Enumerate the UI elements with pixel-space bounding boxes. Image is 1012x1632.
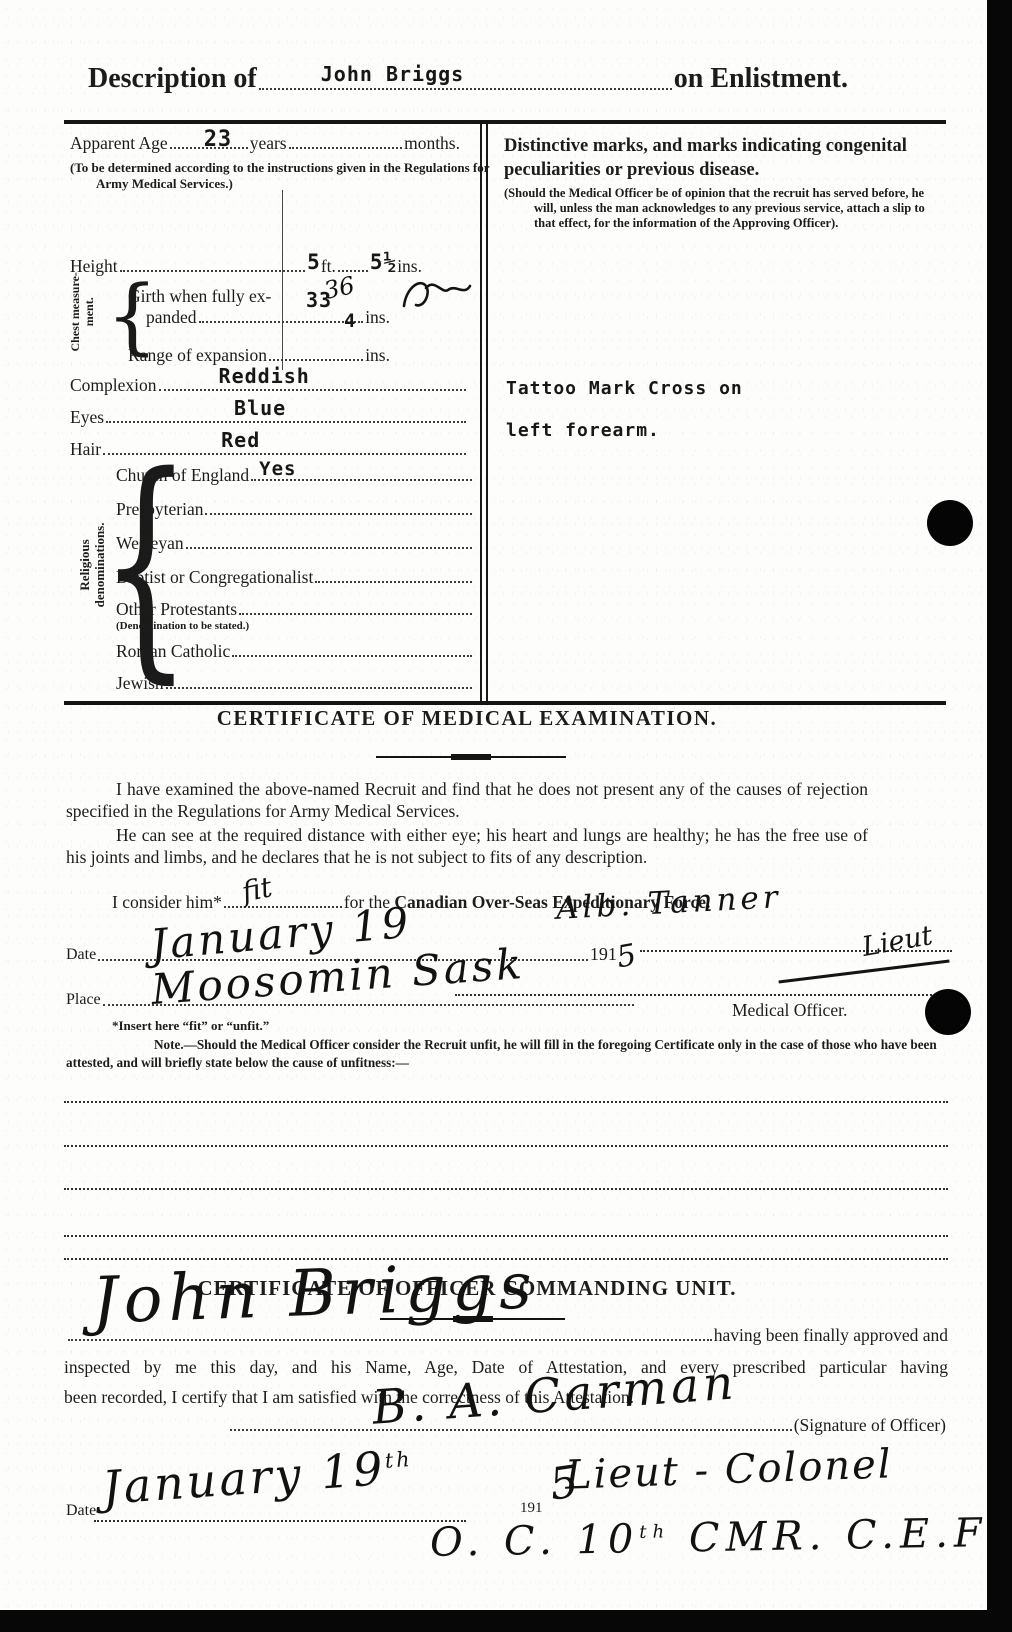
apparent-age-line: Apparent Age 23 years months. — [70, 134, 460, 152]
bottom-date-label: Date — [66, 1502, 96, 1520]
medical-cert-heading: CERTIFICATE OF MEDICAL EXAMINATION. — [64, 706, 870, 731]
religion-label: Roman Catholic — [116, 642, 230, 660]
apparent-age-label: Apparent Age — [70, 134, 168, 152]
column-divider — [480, 124, 488, 701]
religion-row-church: Church of England Yes — [116, 466, 474, 484]
apparent-age-value: 23 — [204, 129, 233, 151]
blank-line — [64, 1235, 948, 1237]
heading-divider — [376, 756, 566, 758]
rank-handwritten: Lieut - Colonel — [564, 1444, 893, 1495]
date-label: Date — [66, 947, 96, 964]
attestation-form-page: Description of John Briggs on Enlistment… — [0, 0, 1012, 1632]
religion-label: Jewish — [116, 674, 164, 692]
girth-fraction-value: 4 — [344, 312, 356, 331]
religion-row-presbyterian: Presbyterian — [116, 500, 474, 518]
eyes-label: Eyes — [70, 408, 104, 426]
religion-row-roman-catholic: Roman Catholic — [116, 642, 474, 660]
signature-caption: (Signature of Officer) — [794, 1416, 946, 1434]
tattoo-line-2: left forearm. — [506, 422, 660, 440]
chest-measurement-group: Chest measure- ment. { Girth when fully … — [66, 274, 476, 374]
approved-text: having been finally approved and — [714, 1326, 948, 1344]
complexion-label: Complexion — [70, 376, 157, 394]
religion-group: Religious denominations. { Church of Eng… — [66, 454, 476, 700]
unit-handwritten: O. C. 10th CMR. C.E.F — [430, 1513, 988, 1563]
description-left-column: Apparent Age 23 years months. (To be det… — [66, 124, 478, 701]
medical-para-2: He can see at the required distance with… — [66, 824, 868, 869]
year-printed: 191 — [590, 945, 617, 964]
recruit-name-typed: John Briggs — [321, 64, 464, 84]
approved-line: having been finally approved and — [66, 1326, 948, 1344]
religion-label: Baptist or Congregationalist — [116, 568, 313, 586]
months-label: months. — [404, 134, 460, 152]
hair-value: Red — [221, 430, 260, 450]
height-feet-value: 5 — [307, 252, 321, 273]
feet-unit: ft. — [321, 257, 336, 275]
year-handwritten: 5 — [614, 941, 638, 974]
religion-row-note: (Denomination to be stated.) — [116, 620, 249, 632]
church-yes-value: Yes — [259, 460, 296, 479]
inches-unit: ins. — [397, 257, 422, 275]
bottom-year-printed: 191 — [520, 1500, 543, 1517]
mo-title: Medical Officer. — [732, 1000, 847, 1021]
fit-footnote: *Insert here “fit” or “unfit.” — [112, 1018, 269, 1034]
religion-row-wesleyan: Wesleyan — [116, 534, 474, 552]
unit-prefix: O. C. 10 — [430, 1516, 640, 1566]
fit-value-handwritten: fit — [239, 874, 274, 908]
mo-signature-handwritten: Alb. Tanner — [555, 882, 782, 925]
eyes-value: Blue — [234, 398, 286, 418]
medical-para-1: I have examined the above-named Recruit … — [66, 778, 868, 823]
punch-hole — [925, 989, 971, 1035]
recruit-signature-handwritten: John Briggs — [91, 1254, 539, 1334]
girth-unit: ins. — [365, 308, 390, 326]
punch-hole — [927, 500, 973, 546]
description-right-column: Distinctive marks, and marks indicating … — [494, 124, 944, 701]
initials-scribble-icon — [396, 274, 474, 318]
religion-row-baptist: Baptist or Congregationalist — [116, 568, 474, 586]
signature-flourish — [778, 960, 949, 983]
scan-bottom-bar — [0, 1610, 1012, 1632]
place-label: Place — [66, 992, 101, 1009]
page-title: Description of John Briggs on Enlistment… — [88, 64, 848, 93]
complexion-value: Reddish — [219, 366, 310, 386]
age-note: (To be determined according to the instr… — [70, 160, 494, 193]
unfitness-note: Note.—Should the Medical Officer conside… — [66, 1036, 950, 1072]
religion-label: Other Protestants — [116, 600, 237, 618]
height-inches-value: 5½ — [370, 252, 397, 273]
tattoo-line-1: Tattoo Mark Cross on — [506, 380, 743, 398]
girth-line-1: Girth when fully ex- — [128, 286, 271, 307]
date-day-suffix: th — [384, 1447, 413, 1473]
girth-corrected-value: 36 — [322, 273, 357, 303]
girth-label-2: panded — [128, 308, 197, 326]
title-prefix: Description of — [88, 64, 257, 93]
unit-suffix: CMR. C.E.F — [689, 1510, 988, 1561]
blank-line — [64, 1101, 948, 1103]
religion-row-jewish: Jewish — [116, 674, 474, 692]
date-day: January 19 — [100, 1441, 387, 1515]
chest-group-label: Chest measure- ment. — [69, 267, 97, 357]
title-name-line: John Briggs — [259, 88, 672, 90]
complexion-line: Complexion Reddish — [70, 376, 468, 394]
title-suffix: on Enlistment. — [674, 64, 848, 93]
scan-edge-strip — [987, 0, 1012, 1632]
religion-label: Wesleyan — [116, 534, 184, 552]
marks-note: (Should the Medical Officer be of opinio… — [504, 186, 938, 231]
mo-title-line — [455, 994, 952, 996]
range-label: Range of expansion — [128, 346, 267, 364]
consider-prefix: I consider him* — [112, 893, 222, 911]
description-table: Apparent Age 23 years months. (To be det… — [64, 120, 946, 705]
religion-label: Church of England — [116, 466, 249, 484]
blank-line — [64, 1145, 948, 1147]
range-line: Range of expansion ins. — [128, 346, 390, 364]
religion-label: Presbyterian — [116, 500, 203, 518]
blank-line — [64, 1188, 948, 1190]
unit-sup: th — [639, 1521, 670, 1543]
mo-rank-handwritten: Lieut — [860, 922, 934, 961]
range-unit: ins. — [365, 346, 390, 364]
marks-heading: Distinctive marks, and marks indicating … — [504, 134, 918, 182]
signature-caption-line: (Signature of Officer) — [228, 1416, 946, 1434]
years-label: years — [250, 134, 287, 152]
bottom-date-line — [94, 1520, 466, 1522]
bottom-date-handwritten: January 19th — [101, 1443, 415, 1511]
religion-row-other-protestants: Other Protestants — [116, 600, 474, 618]
